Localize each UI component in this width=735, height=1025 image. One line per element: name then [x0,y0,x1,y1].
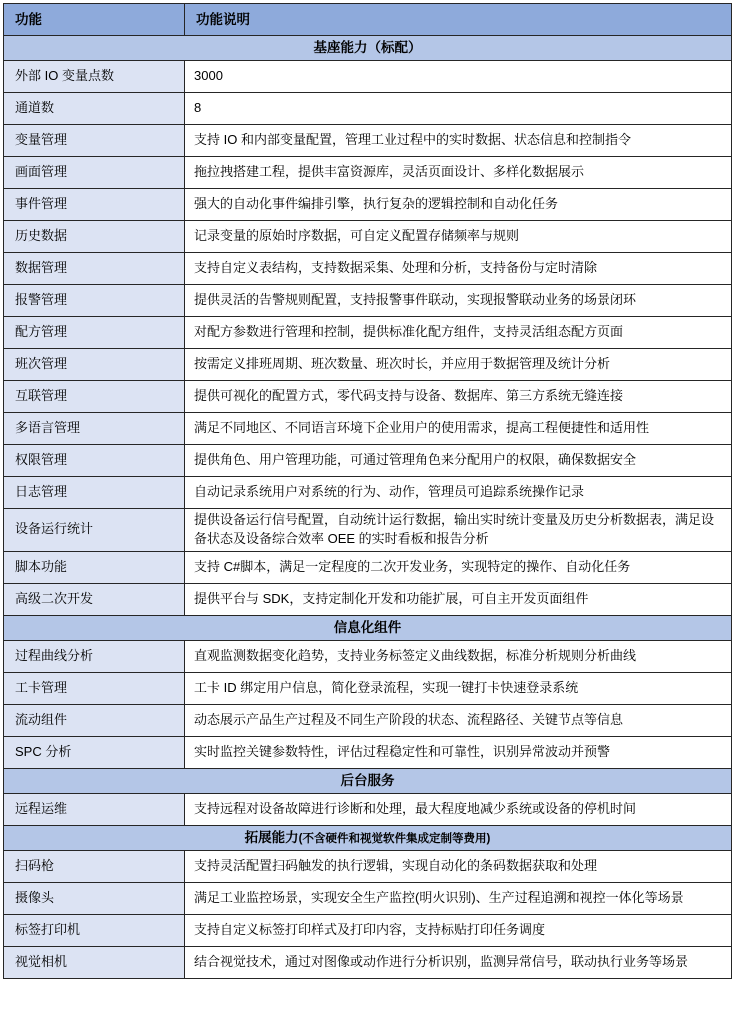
feature-table: 功能 功能说明 基座能力（标配）外部 IO 变量点数3000通道数8变量管理支持… [3,3,732,979]
feature-name-cell: 摄像头 [4,882,185,914]
table-row: 扫码枪支持灵活配置扫码触发的执行逻辑，实现自动化的条码数据获取和处理 [4,850,732,882]
table-row: 日志管理自动记录系统用户对系统的行为、动作，管理员可追踪系统操作记录 [4,477,732,509]
section-header-row: 基座能力（标配） [4,36,732,61]
section-header-row: 拓展能力(不含硬件和视觉软件集成定制等费用) [4,825,732,850]
feature-desc-cell: 8 [185,93,732,125]
section-title-text: 拓展能力 [245,830,299,845]
feature-name-cell: 过程曲线分析 [4,640,185,672]
feature-desc-cell: 支持 IO 和内部变量配置，管理工业过程中的实时数据、状态信息和控制指令 [185,125,732,157]
feature-desc-cell: 满足工业监控场景，实现安全生产监控(明火识别)、生产过程追溯和视控一体化等场景 [185,882,732,914]
section-title: 基座能力（标配） [4,36,732,61]
feature-desc-cell: 记录变量的原始时序数据，可自定义配置存储频率与规则 [185,221,732,253]
feature-name-cell: 远程运维 [4,793,185,825]
feature-name-cell: 设备运行统计 [4,509,185,552]
table-row: 外部 IO 变量点数3000 [4,61,732,93]
feature-name-cell: 外部 IO 变量点数 [4,61,185,93]
table-row: 互联管理提供可视化的配置方式，零代码支持与设备、数据库、第三方系统无缝连接 [4,381,732,413]
feature-name-cell: 班次管理 [4,349,185,381]
feature-name-cell: 数据管理 [4,253,185,285]
feature-desc-cell: 结合视觉技术，通过对图像或动作进行分析识别，监测异常信号，联动执行业务等场景 [185,946,732,978]
feature-name-cell: 变量管理 [4,125,185,157]
table-row: 画面管理拖拉拽搭建工程，提供丰富资源库，灵活页面设计、多样化数据展示 [4,157,732,189]
table-row: 标签打印机支持自定义标签打印样式及打印内容，支持标贴打印任务调度 [4,914,732,946]
feature-desc-cell: 按需定义排班周期、班次数量、班次时长，并应用于数据管理及统计分析 [185,349,732,381]
table-row: 视觉相机结合视觉技术，通过对图像或动作进行分析识别，监测异常信号，联动执行业务等… [4,946,732,978]
table-row: 设备运行统计提供设备运行信号配置，自动统计运行数据，输出实时统计变量及历史分析数… [4,509,732,552]
feature-name-cell: 多语言管理 [4,413,185,445]
section-title: 后台服务 [4,768,732,793]
table-row: 过程曲线分析直观监测数据变化趋势，支持业务标签定义曲线数据，标准分析规则分析曲线 [4,640,732,672]
feature-name-cell: SPC 分析 [4,736,185,768]
section-title: 信息化组件 [4,615,732,640]
feature-name-cell: 日志管理 [4,477,185,509]
feature-name-cell: 脚本功能 [4,551,185,583]
section-title: 拓展能力(不含硬件和视觉软件集成定制等费用) [4,825,732,850]
feature-desc-cell: 拖拉拽搭建工程，提供丰富资源库，灵活页面设计、多样化数据展示 [185,157,732,189]
feature-name-cell: 高级二次开发 [4,583,185,615]
feature-name-cell: 报警管理 [4,285,185,317]
feature-desc-cell: 自动记录系统用户对系统的行为、动作，管理员可追踪系统操作记录 [185,477,732,509]
feature-desc-cell: 满足不同地区、不同语言环境下企业用户的使用需求，提高工程便捷性和适用性 [185,413,732,445]
feature-name-cell: 标签打印机 [4,914,185,946]
feature-desc-cell: 支持自定义标签打印样式及打印内容，支持标贴打印任务调度 [185,914,732,946]
feature-desc-cell: 对配方参数进行管理和控制，提供标准化配方组件，支持灵活组态配方页面 [185,317,732,349]
section-title-text: 后台服务 [341,773,395,788]
feature-name-cell: 工卡管理 [4,672,185,704]
table-body: 基座能力（标配）外部 IO 变量点数3000通道数8变量管理支持 IO 和内部变… [4,36,732,979]
feature-name-cell: 互联管理 [4,381,185,413]
feature-name-cell: 配方管理 [4,317,185,349]
table-row: 历史数据记录变量的原始时序数据，可自定义配置存储频率与规则 [4,221,732,253]
table-row: 脚本功能支持 C#脚本，满足一定程度的二次开发业务，实现特定的操作、自动化任务 [4,551,732,583]
table-row: 班次管理按需定义排班周期、班次数量、班次时长，并应用于数据管理及统计分析 [4,349,732,381]
page: 功能 功能说明 基座能力（标配）外部 IO 变量点数3000通道数8变量管理支持… [0,0,735,982]
feature-desc-cell: 直观监测数据变化趋势，支持业务标签定义曲线数据，标准分析规则分析曲线 [185,640,732,672]
header-row: 功能 功能说明 [4,4,732,36]
section-header-row: 后台服务 [4,768,732,793]
feature-name-cell: 历史数据 [4,221,185,253]
feature-desc-cell: 强大的自动化事件编排引擎，执行复杂的逻辑控制和自动化任务 [185,189,732,221]
table-row: 变量管理支持 IO 和内部变量配置，管理工业过程中的实时数据、状态信息和控制指令 [4,125,732,157]
table-row: 摄像头满足工业监控场景，实现安全生产监控(明火识别)、生产过程追溯和视控一体化等… [4,882,732,914]
feature-desc-cell: 提供角色、用户管理功能，可通过管理角色来分配用户的权限，确保数据安全 [185,445,732,477]
table-row: 事件管理强大的自动化事件编排引擎，执行复杂的逻辑控制和自动化任务 [4,189,732,221]
table-row: 数据管理支持自定义表结构，支持数据采集、处理和分析，支持备份与定时清除 [4,253,732,285]
feature-desc-cell: 3000 [185,61,732,93]
feature-desc-cell: 支持灵活配置扫码触发的执行逻辑，实现自动化的条码数据获取和处理 [185,850,732,882]
feature-desc-cell: 提供灵活的告警规则配置，支持报警事件联动，实现报警联动业务的场景闭环 [185,285,732,317]
feature-name-cell: 事件管理 [4,189,185,221]
table-row: SPC 分析实时监控关键参数特性，评估过程稳定性和可靠性，识别异常波动并预警 [4,736,732,768]
table-row: 报警管理提供灵活的告警规则配置，支持报警事件联动，实现报警联动业务的场景闭环 [4,285,732,317]
feature-name-cell: 画面管理 [4,157,185,189]
table-row: 远程运维支持远程对设备故障进行诊断和处理，最大程度地减少系统或设备的停机时间 [4,793,732,825]
column-header-feature: 功能 [4,4,185,36]
table-row: 通道数8 [4,93,732,125]
section-header-row: 信息化组件 [4,615,732,640]
feature-desc-cell: 支持 C#脚本，满足一定程度的二次开发业务，实现特定的操作、自动化任务 [185,551,732,583]
section-title-text: 基座能力（标配） [314,40,422,55]
table-row: 流动组件动态展示产品生产过程及不同生产阶段的状态、流程路径、关键节点等信息 [4,704,732,736]
section-title-text: 信息化组件 [334,620,402,635]
feature-name-cell: 流动组件 [4,704,185,736]
feature-desc-cell: 提供平台与 SDK，支持定制化开发和功能扩展，可自主开发页面组件 [185,583,732,615]
feature-name-cell: 通道数 [4,93,185,125]
section-title-suffix: (不含硬件和视觉软件集成定制等费用) [299,833,491,845]
feature-desc-cell: 提供设备运行信号配置，自动统计运行数据，输出实时统计变量及历史分析数据表，满足设… [185,509,732,552]
feature-desc-cell: 工卡 ID 绑定用户信息，简化登录流程，实现一键打卡快速登录系统 [185,672,732,704]
table-row: 工卡管理工卡 ID 绑定用户信息，简化登录流程，实现一键打卡快速登录系统 [4,672,732,704]
feature-desc-cell: 支持自定义表结构，支持数据采集、处理和分析，支持备份与定时清除 [185,253,732,285]
table-row: 高级二次开发提供平台与 SDK，支持定制化开发和功能扩展，可自主开发页面组件 [4,583,732,615]
feature-desc-cell: 动态展示产品生产过程及不同生产阶段的状态、流程路径、关键节点等信息 [185,704,732,736]
table-row: 多语言管理满足不同地区、不同语言环境下企业用户的使用需求，提高工程便捷性和适用性 [4,413,732,445]
column-header-description: 功能说明 [185,4,732,36]
table-row: 权限管理提供角色、用户管理功能，可通过管理角色来分配用户的权限，确保数据安全 [4,445,732,477]
feature-name-cell: 扫码枪 [4,850,185,882]
feature-desc-cell: 提供可视化的配置方式，零代码支持与设备、数据库、第三方系统无缝连接 [185,381,732,413]
feature-name-cell: 视觉相机 [4,946,185,978]
feature-name-cell: 权限管理 [4,445,185,477]
feature-desc-cell: 实时监控关键参数特性，评估过程稳定性和可靠性，识别异常波动并预警 [185,736,732,768]
table-row: 配方管理对配方参数进行管理和控制，提供标准化配方组件，支持灵活组态配方页面 [4,317,732,349]
feature-desc-cell: 支持远程对设备故障进行诊断和处理，最大程度地减少系统或设备的停机时间 [185,793,732,825]
